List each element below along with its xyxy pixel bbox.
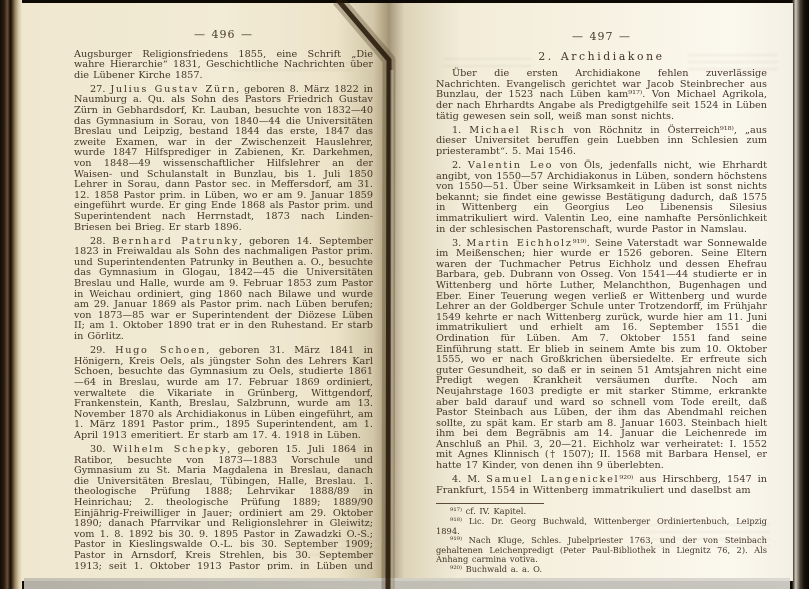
- entry-text: , geboren 14. September 1823 in Freiwald…: [74, 236, 373, 342]
- entry-person-name: Bernhard Patrunky: [112, 236, 239, 247]
- right-page-text-column: — 497 — 2. Archidiakone Über die ersten …: [436, 32, 767, 572]
- entry-text: ⁹¹⁹⁾. Seine Vaterstadt war Sonnewalde im…: [436, 238, 767, 471]
- entry-30-schepky: 30. Wilhelm Schepky, geboren 15. Juli 18…: [74, 445, 373, 570]
- entry-text: , geboren 31. März 1841 in Hönigern, Kre…: [74, 345, 373, 441]
- footnote-number: ⁹¹⁷⁾: [450, 506, 466, 516]
- scan-left-edge: [0, 0, 22, 589]
- footnote-text: Buchwald a. a. O.: [466, 564, 542, 572]
- entry-4-langenickel: 4. M. Samuel Langenickel⁹²⁰⁾ aus Hirschb…: [436, 475, 767, 496]
- paragraph-text: Über die ersten Archidiakone fehlen zuve…: [436, 68, 767, 121]
- footnotes-block: ⁹¹⁷⁾ cf. IV. Kapitel. ⁹¹⁸⁾ Lic. Dr. Geor…: [436, 507, 767, 572]
- paragraph-continuation: Augsburger Religionsfriedens 1855, eine …: [74, 50, 373, 82]
- entry-person-name: Hugo Schoen: [115, 345, 206, 356]
- footnote-918: ⁹¹⁸⁾ Lic. Dr. Georg Buchwald, Wittenberg…: [436, 517, 767, 536]
- entry-number: 4. M.: [452, 474, 486, 485]
- footnote-text: Nach Kluge, Schles. Jubelpriester 1763, …: [436, 535, 767, 564]
- entry-1-risch: 1. Michael Risch von Röchnitz in Österre…: [436, 126, 767, 158]
- entry-number: 3.: [452, 238, 466, 249]
- entry-text: , geboren 8. März 1822 in Naumburg a. Qu…: [74, 84, 373, 233]
- entry-person-name: Michael Risch: [469, 125, 565, 136]
- page-number-left: — 496 —: [74, 30, 373, 41]
- footnote-919: ⁹¹⁹⁾ Nach Kluge, Schles. Jubelpriester 1…: [436, 536, 767, 565]
- entry-text: von Öls, jedenfalls nicht, wie Ehrhardt …: [436, 160, 767, 235]
- footnote-number: ⁹¹⁹⁾: [450, 535, 469, 545]
- entry-text: , geboren 15. Juli 1864 in Ratibor, besu…: [74, 444, 373, 570]
- footnote-number: ⁹²⁰⁾: [450, 564, 466, 572]
- entry-number: 30.: [90, 444, 113, 455]
- entry-28-patrunky: 28. Bernhard Patrunky, geboren 14. Septe…: [74, 237, 373, 343]
- footnote-920: ⁹²⁰⁾ Buchwald a. a. O.: [436, 565, 767, 572]
- page-number-right: — 497 —: [436, 32, 767, 43]
- entry-person-name: Martin Eichholz: [466, 238, 572, 249]
- entry-number: 28.: [90, 236, 112, 247]
- left-page-text-column: — 496 — Augsburger Religionsfriedens 185…: [74, 30, 373, 570]
- entry-person-name: Julius Gustav Zürn: [110, 84, 236, 95]
- book-scan: — 496 — Augsburger Religionsfriedens 185…: [0, 0, 809, 589]
- intro-paragraph: Über die ersten Archidiakone fehlen zuve…: [436, 69, 767, 122]
- entry-person-name: Samuel Langenickel: [486, 474, 619, 485]
- entry-person-name: Wilhelm Schepky: [113, 444, 228, 455]
- footnote-text: Lic. Dr. Georg Buchwald, Wittenberger Or…: [436, 516, 767, 536]
- entry-3-eichholz: 3. Martin Eichholz⁹¹⁹⁾. Seine Vaterstadt…: [436, 239, 767, 472]
- scan-top-edge: [0, 0, 809, 3]
- entry-29-schoen: 29. Hugo Schoen, geboren 31. März 1841 i…: [74, 346, 373, 441]
- footnote-number: ⁹¹⁸⁾: [450, 516, 469, 526]
- scan-right-edge: [792, 0, 809, 589]
- entry-number: 2.: [452, 160, 468, 171]
- entry-number: 27.: [90, 84, 110, 95]
- entry-2-leo: 2. Valentin Leo von Öls, jedenfalls nich…: [436, 161, 767, 235]
- paragraph-text: Augsburger Religionsfriedens 1855, eine …: [74, 49, 373, 81]
- footnote-text: cf. IV. Kapitel.: [466, 506, 526, 516]
- entry-person-name: Valentin Leo: [468, 160, 553, 171]
- scan-bottom-edge: [24, 578, 790, 589]
- entry-27-zuern: 27. Julius Gustav Zürn, geboren 8. März …: [74, 85, 373, 233]
- footnote-divider: [436, 503, 544, 504]
- entry-number: 1.: [452, 125, 469, 136]
- section-heading-archidiakone: 2. Archidiakone: [436, 52, 767, 63]
- entry-number: 29.: [90, 345, 115, 356]
